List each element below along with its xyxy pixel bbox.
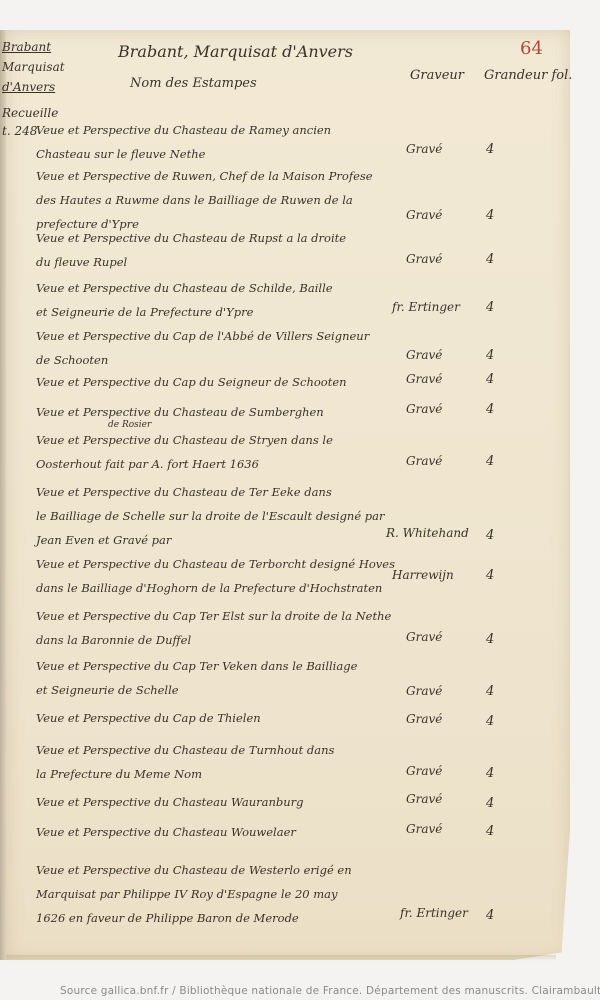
engraver-value: Harrewijn <box>392 568 454 582</box>
size-value: 4 <box>486 632 494 647</box>
engraver-value: R. Whitehand <box>386 526 469 540</box>
size-value: 4 <box>486 684 494 699</box>
entry-row: Veue et Perspective du Cap de Thielen Gr… <box>36 706 564 730</box>
entry-row: Veue et Perspective du Chasteau de Turnh… <box>36 738 564 786</box>
engraver-value: fr. Ertinger <box>392 300 460 314</box>
entry-row: Veue et Perspective du Cap de l'Abbé de … <box>36 324 564 372</box>
entry-line: Oosterhout fait par A. fort Haert 1636 <box>36 452 564 476</box>
size-value: 4 <box>486 300 494 315</box>
column-header-size: Grandeur fol. <box>484 68 572 83</box>
entry-line: Veue et Perspective du Chasteau de Weste… <box>36 858 564 882</box>
entry-line: Veue et Perspective du Chasteau de Terbo… <box>36 552 564 576</box>
column-header-engraver: Graveur <box>410 68 464 83</box>
engraver-value: Gravé <box>406 252 442 266</box>
entry-line: du fleuve Rupel <box>36 250 564 274</box>
size-value: 4 <box>486 372 494 387</box>
size-value: 4 <box>486 402 494 417</box>
entry-row: Veue et Perspective du Chasteau de Weste… <box>36 858 564 930</box>
margin-note-tome: t. 248 <box>2 122 37 140</box>
entry-row: Veue et Perspective du Chasteau de Rupst… <box>36 226 564 274</box>
size-value: 4 <box>486 824 494 839</box>
entry-line: Veue et Perspective du Chasteau de Ter E… <box>36 480 564 504</box>
entry-line: le Bailliage de Schelle sur la droite de… <box>36 504 564 528</box>
engraver-value: Gravé <box>406 792 442 806</box>
size-value: 4 <box>486 348 494 363</box>
engraver-value: Gravé <box>406 684 442 698</box>
entry-line: Veue et Perspective du Chasteau de Schil… <box>36 276 564 300</box>
size-value: 4 <box>486 908 494 923</box>
size-value: 4 <box>486 142 494 157</box>
engraver-value: fr. Ertinger <box>400 906 468 920</box>
column-header-name: Nom des Estampes <box>130 76 257 91</box>
entry-row: Veue et Perspective du Chasteau de Schil… <box>36 276 564 324</box>
entry-line: Veue et Perspective du Chasteau de Ramey… <box>36 118 564 142</box>
entry-line: Veue et Perspective du Chasteau de Turnh… <box>36 738 564 762</box>
folio-number: 64 <box>520 38 543 59</box>
size-value: 4 <box>486 454 494 469</box>
entry-row: Veue et Perspective du Chasteau de Ter E… <box>36 480 564 552</box>
page-bottom-shadow <box>6 955 556 961</box>
engraver-value: Gravé <box>406 712 442 726</box>
engraver-value: Gravé <box>406 402 442 416</box>
entry-line: des Hautes a Ruwme dans le Bailliage de … <box>36 188 564 212</box>
entry-line: Veue et Perspective du Cap de l'Abbé de … <box>36 324 564 348</box>
size-value: 4 <box>486 766 494 781</box>
entry-row: Veue et Perspective du Chasteau Wouwelae… <box>36 820 564 844</box>
entry-row: Veue et Perspective du Cap du Seigneur d… <box>36 370 564 394</box>
entry-line: la Prefecture du Meme Nom <box>36 762 564 786</box>
size-value: 4 <box>486 568 494 583</box>
entry-line: Veue et Perspective du Chasteau de Strye… <box>36 428 564 452</box>
engraver-value: Gravé <box>406 630 442 644</box>
entry-row: Veue et Perspective du Chasteau Wauranbu… <box>36 790 564 814</box>
entry-row: Veue et Perspective du Cap Ter Elst sur … <box>36 604 564 652</box>
interlinear-insertion: de Rosier <box>108 420 151 430</box>
entry-line: Veue et Perspective du Chasteau Wouwelae… <box>36 820 564 844</box>
engraver-value: Gravé <box>406 822 442 836</box>
entry-line: Veue et Perspective du Chasteau Wauranbu… <box>36 790 564 814</box>
entry-line: et Seigneurie de la Prefecture d'Ypre <box>36 300 564 324</box>
margin-note-brabant: Brabant <box>2 38 51 56</box>
entry-row: Veue et Perspective du Chasteau de Terbo… <box>36 552 564 600</box>
page-title: Brabant, Marquisat d'Anvers <box>118 42 353 61</box>
entry-line: dans le Bailliage d'Hoghorn de la Prefec… <box>36 576 564 600</box>
entry-line: Marquisat par Philippe IV Roy d'Espagne … <box>36 882 564 906</box>
entry-row: Veue et Perspective du Chasteau de Ramey… <box>36 118 564 166</box>
size-value: 4 <box>486 714 494 729</box>
engraver-value: Gravé <box>406 348 442 362</box>
source-attribution: Source gallica.bnf.fr / Bibliothèque nat… <box>60 985 600 997</box>
size-value: 4 <box>486 528 494 543</box>
entry-line: de Schooten <box>36 348 564 372</box>
entry-line: 1626 en faveur de Philippe Baron de Mero… <box>36 906 564 930</box>
engraver-value: Gravé <box>406 142 442 156</box>
entry-line: Jean Even et Gravé par <box>36 528 564 552</box>
entry-line: Veue et Perspective du Cap de Thielen <box>36 706 564 730</box>
entry-line: Veue et Perspective de Ruwen, Chef de la… <box>36 164 564 188</box>
entry-line: Veue et Perspective du Cap Ter Elst sur … <box>36 604 564 628</box>
engraver-value: Gravé <box>406 764 442 778</box>
size-value: 4 <box>486 252 494 267</box>
engraver-value: Gravé <box>406 372 442 386</box>
size-value: 4 <box>486 208 494 223</box>
entry-row: Veue et Perspective du Cap Ter Veken dan… <box>36 654 564 702</box>
entry-line: dans la Baronnie de Duffel <box>36 628 564 652</box>
margin-note-marquisat: Marquisat <box>2 58 65 76</box>
entry-line: Veue et Perspective du Cap Ter Veken dan… <box>36 654 564 678</box>
entry-line: et Seigneurie de Schelle <box>36 678 564 702</box>
engraver-value: Gravé <box>406 454 442 468</box>
entry-row: de Rosier Veue et Perspective du Chastea… <box>36 428 564 476</box>
size-value: 4 <box>486 796 494 811</box>
engraver-value: Gravé <box>406 208 442 222</box>
entry-line: Veue et Perspective du Chasteau de Rupst… <box>36 226 564 250</box>
entry-line: Chasteau sur le fleuve Nethe <box>36 142 564 166</box>
margin-note-anvers: d'Anvers <box>2 78 55 96</box>
entry-line: Veue et Perspective du Cap du Seigneur d… <box>36 370 564 394</box>
